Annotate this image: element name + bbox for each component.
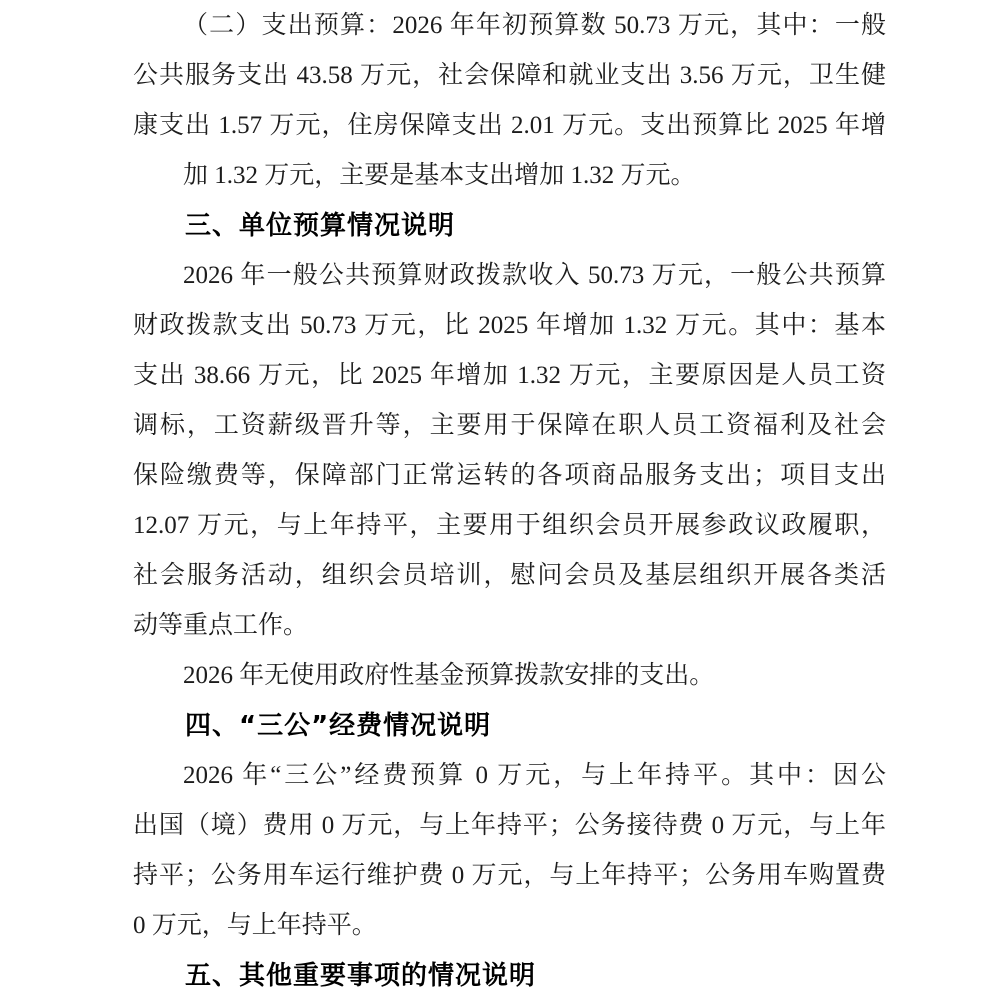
body-line: 出国（境）费用 0 万元，与上年持平；公务接待费 0 万元，与上年 (133, 801, 886, 851)
body-line: 2026 年无使用政府性基金预算拨款安排的支出。 (133, 651, 886, 701)
body-line: 持平；公务用车运行维护费 0 万元，与上年持平；公务用车购置费 (133, 851, 886, 901)
body-line: 公共服务支出 43.58 万元，社会保障和就业支出 3.56 万元，卫生健 (133, 51, 886, 101)
body-line: 康支出 1.57 万元，住房保障支出 2.01 万元。支出预算比 2025 年增 (133, 101, 886, 151)
body-line: 加 1.32 万元，主要是基本支出增加 1.32 万元。 (133, 151, 886, 201)
body-line: 财政拨款支出 50.73 万元，比 2025 年增加 1.32 万元。其中：基本 (133, 301, 886, 351)
body-line: （二）支出预算：2026 年年初预算数 50.73 万元，其中：一般 (133, 1, 886, 51)
section-heading-unit-budget: 三、单位预算情况说明 (133, 201, 886, 251)
body-line: 2026 年一般公共预算财政拨款收入 50.73 万元，一般公共预算 (133, 251, 886, 301)
body-line: 动等重点工作。 (133, 601, 886, 651)
section-heading-other-important-matters: 五、其他重要事项的情况说明 (133, 951, 886, 1001)
body-line: 支出 38.66 万元，比 2025 年增加 1.32 万元，主要原因是人员工资 (133, 351, 886, 401)
section-heading-three-public-funds: 四、“三公”经费情况说明 (133, 701, 886, 751)
body-line: 0 万元，与上年持平。 (133, 901, 886, 951)
document-page: （二）支出预算：2026 年年初预算数 50.73 万元，其中：一般 公共服务支… (133, 1, 886, 1001)
body-line: 社会服务活动，组织会员培训，慰问会员及基层组织开展各类活 (133, 551, 886, 601)
body-line: 2026 年“三公”经费预算 0 万元，与上年持平。其中：因公 (133, 751, 886, 801)
body-line: 保险缴费等，保障部门正常运转的各项商品服务支出；项目支出 (133, 451, 886, 501)
body-line: 调标，工资薪级晋升等，主要用于保障在职人员工资福利及社会 (133, 401, 886, 451)
body-line: 12.07 万元，与上年持平，主要用于组织会员开展参政议政履职， (133, 501, 886, 551)
